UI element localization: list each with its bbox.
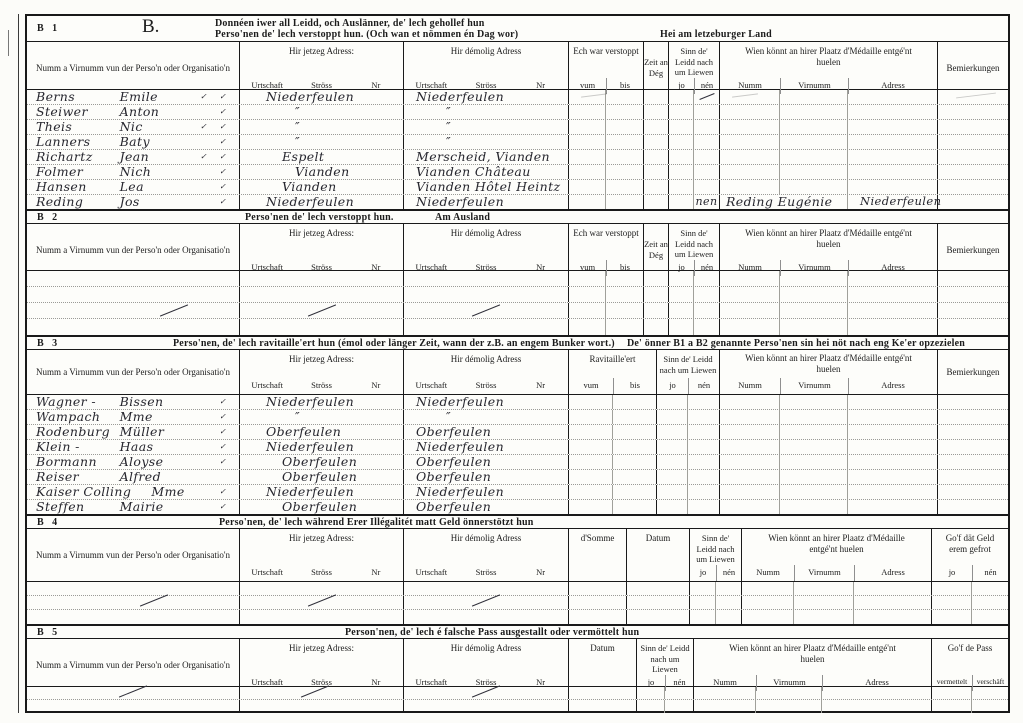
section-b3-title: B 3 Perso'nen, de' lech ravitaille'ert h… bbox=[27, 335, 1008, 350]
vum-cell bbox=[569, 90, 606, 104]
demolig-cell: Niederfeulen bbox=[404, 90, 569, 104]
demolig-cell: ″ bbox=[404, 410, 569, 424]
b1-column-headers: Numm a Virnumm vun der Perso'n oder Orga… bbox=[27, 42, 1008, 90]
name-cell: SteiwerAnton✓ bbox=[27, 105, 240, 119]
b1-col-jetzeg: Hir jetzeg Adress: Urtschaft Ströss Nr bbox=[240, 42, 404, 94]
b4-col-gof-geld: Go'f dät Geld erem gefrot jonén bbox=[932, 529, 1008, 581]
name-cell: BormannAloyse✓ bbox=[27, 455, 240, 469]
demolig-cell: Niederfeulen bbox=[404, 395, 569, 409]
b3-col-sinn: Sinn de' Leidd nach um Liewen jonén bbox=[657, 350, 720, 394]
b5-col-jetzeg: Hir jetzeg Adress: UrtschaftStrössNr bbox=[240, 639, 404, 691]
jetzeg-cell: ″ bbox=[240, 410, 404, 424]
b2-subtitle: Am Ausland bbox=[435, 212, 490, 223]
form-b-questionnaire: B 1 B. Donnéen iwer all Leidd, och Auslä… bbox=[25, 14, 1010, 713]
b3-row: SteffenMairie✓ Oberfeulen Oberfeulen bbox=[27, 500, 1008, 514]
crossed-out-cell bbox=[27, 687, 240, 699]
b1-row: TheisNic✓ ✓ ″ ″ bbox=[27, 120, 1008, 135]
demolig-cell: Vianden Château bbox=[404, 165, 569, 179]
b5-col-wien: Wien könnt an hirer Plaatz d'Médaille en… bbox=[694, 639, 932, 691]
b5-col-gof-pass: Go'f de Pass vermettelt verschäft bbox=[932, 639, 1008, 691]
b1-col-demolig: Hir démolig Adress Urtschaft Ströss Nr bbox=[404, 42, 569, 94]
b1-title-right: Hei am letzeburger Land bbox=[660, 29, 772, 40]
b4-body bbox=[27, 582, 1008, 624]
b4-col-demolig: Hir démolig Adress UrtschaftStrössNr bbox=[404, 529, 569, 581]
medaille-adress-cell: Niederfeulen bbox=[848, 195, 938, 209]
section-b1-id: B 1 bbox=[37, 23, 60, 34]
section-b1-letter: B. bbox=[142, 16, 159, 38]
b4-col-sinn: Sinn de' Leidd nach um Liewen jonén bbox=[690, 529, 742, 581]
crossed-out-slash bbox=[307, 304, 335, 316]
b3-row: WampachMme✓ ″ ″ bbox=[27, 410, 1008, 425]
jetzeg-cell: ″ bbox=[240, 135, 404, 149]
b1-col-bemierkungen: Bemierkungen bbox=[938, 42, 1008, 94]
b2-col-name: Numm a Virnumm vun der Perso'n oder Orga… bbox=[27, 224, 240, 276]
demolig-cell: Oberfeulen bbox=[404, 470, 569, 484]
bis-cell bbox=[606, 90, 644, 104]
jetzeg-cell: Vianden bbox=[240, 180, 404, 194]
b5-column-headers: Numm a Virnumm vun der Perso'n oder Orga… bbox=[27, 639, 1008, 687]
b5-row bbox=[27, 700, 1008, 713]
b2-row bbox=[27, 271, 1008, 287]
name-cell: ReiserAlfred bbox=[27, 470, 240, 484]
crossed-out-cell bbox=[240, 687, 404, 699]
b4-row bbox=[27, 582, 1008, 596]
crossed-out-slash bbox=[472, 685, 500, 697]
jetzeg-cell: ″ bbox=[240, 120, 404, 134]
check-slash bbox=[699, 93, 714, 100]
name-cell: RodenburgMüller✓ bbox=[27, 425, 240, 439]
section-b4-id: B 4 bbox=[37, 517, 60, 528]
crossed-out-slash bbox=[140, 594, 168, 606]
pencil-smudge bbox=[732, 93, 758, 97]
b3-col-name: Numm a Virnumm vun der Perso'n oder Orga… bbox=[27, 350, 240, 394]
crossed-out-cell bbox=[404, 687, 569, 699]
demolig-cell: Oberfeulen bbox=[404, 455, 569, 469]
b4-col-wien: Wien könnt an hirer Plaatz d'Médaille en… bbox=[742, 529, 932, 581]
b2-col-verstoppt: Ech war verstoppt vumbis bbox=[569, 224, 644, 276]
b5-body bbox=[27, 687, 1008, 713]
b2-title: Perso'nen de' lech verstoppt hun. bbox=[245, 212, 394, 223]
b4-title: Perso'nen, de' lech während Erer Illégal… bbox=[219, 517, 534, 528]
demolig-cell: Vianden Hôtel Heintz bbox=[404, 180, 569, 194]
name-cell: WampachMme✓ bbox=[27, 410, 240, 424]
name-cell: HansenLea✓ bbox=[27, 180, 240, 194]
b3-row: Wagner -Bissen✓ Niederfeulen Niederfeule… bbox=[27, 395, 1008, 410]
crossed-out-cell bbox=[240, 303, 404, 318]
name-cell: TheisNic✓ ✓ bbox=[27, 120, 240, 134]
b2-col-zeit: Zeit an Dég bbox=[644, 224, 669, 276]
b1-row: HansenLea✓ Vianden Vianden Hôtel Heintz bbox=[27, 180, 1008, 195]
left-margin-line bbox=[18, 14, 19, 713]
bemierkungen-cell bbox=[938, 90, 1008, 104]
demolig-cell: Merscheid, Vianden bbox=[404, 150, 569, 164]
b2-col-jetzeg: Hir jetzeg Adress: UrtschaftStrössNr bbox=[240, 224, 404, 276]
b1-row: RedingJos✓ Niederfeulen Niederfeulen nen… bbox=[27, 195, 1008, 209]
crossed-out-cell bbox=[240, 596, 404, 609]
nen-cell: nen bbox=[694, 195, 720, 209]
b3-title: Perso'nen, de' lech ravitaille'ert hun (… bbox=[173, 338, 615, 349]
demolig-cell: Niederfeulen bbox=[404, 195, 569, 209]
jetzeg-cell: Oberfeulen bbox=[240, 500, 404, 514]
crossed-out-cell bbox=[27, 596, 240, 609]
b1-row: FolmerNich✓ Vianden Vianden Château bbox=[27, 165, 1008, 180]
b4-col-name: Numm a Virnumm vun der Perso'n oder Orga… bbox=[27, 529, 240, 581]
b5-col-name: Numm a Virnumm vun der Perso'n oder Orga… bbox=[27, 639, 240, 691]
crossed-out-slash bbox=[307, 594, 335, 606]
jetzeg-cell: Niederfeulen bbox=[240, 90, 404, 104]
b1-row: LannersBaty✓ ″ ″ bbox=[27, 135, 1008, 150]
b5-col-demolig: Hir démolig Adress UrtschaftStrössNr bbox=[404, 639, 569, 691]
name-cell: Kaiser CollingMme✓ bbox=[27, 485, 240, 499]
b1-body: BernsEmile✓ ✓ Niederfeulen Niederfeulen … bbox=[27, 90, 1008, 209]
nen-cell bbox=[694, 90, 720, 104]
jetzeg-cell: ″ bbox=[240, 105, 404, 119]
b2-row bbox=[27, 287, 1008, 303]
bemierkungen-cell bbox=[938, 195, 1008, 209]
pencil-smudge bbox=[956, 93, 996, 99]
crossed-out-slash bbox=[160, 304, 188, 316]
b2-col-bemierkungen: Bemierkungen bbox=[938, 224, 1008, 276]
b3-col-ravitailleert: Ravitaille'ert vumbis bbox=[569, 350, 657, 394]
jetzeg-cell: Oberfeulen bbox=[240, 470, 404, 484]
jo-cell bbox=[669, 90, 694, 104]
medaille-numm-cell bbox=[720, 90, 780, 104]
crossed-out-slash bbox=[119, 685, 147, 697]
section-b3-id: B 3 bbox=[37, 338, 60, 349]
b1-title-line1: Donnéen iwer all Leidd, och Auslänner, d… bbox=[215, 18, 485, 29]
b1-row: RichartzJean✓ ✓ Espelt Merscheid, Viande… bbox=[27, 150, 1008, 165]
b4-col-jetzeg: Hir jetzeg Adress: UrtschaftStrössNr bbox=[240, 529, 404, 581]
name-cell: LannersBaty✓ bbox=[27, 135, 240, 149]
b3-row: Klein -Haas✓ Niederfeulen Niederfeulen bbox=[27, 440, 1008, 455]
b4-row bbox=[27, 596, 1008, 610]
b3-col-demolig: Hir démolig Adress UrtschaftStrössNr bbox=[404, 350, 569, 394]
jetzeg-cell: Oberfeulen bbox=[240, 455, 404, 469]
medaille-numm-virnumm-cell: Reding Eugénie bbox=[720, 195, 848, 209]
b4-row bbox=[27, 610, 1008, 624]
section-b5-title: B 5 Person'nen, de' lech é falsche Pass … bbox=[27, 624, 1008, 639]
pencil-smudge bbox=[581, 93, 607, 97]
b1-col-zeit: Zeit an Dég bbox=[644, 42, 669, 94]
b3-col-bemierkungen: Bemierkungen bbox=[938, 350, 1008, 394]
b2-column-headers: Numm a Virnumm vun der Perso'n oder Orga… bbox=[27, 224, 1008, 271]
crossed-out-cell bbox=[404, 303, 569, 318]
section-b4-title: B 4 Perso'nen, de' lech während Erer Ill… bbox=[27, 514, 1008, 529]
jetzeg-cell: Espelt bbox=[240, 150, 404, 164]
jetzeg-cell: Niederfeulen bbox=[240, 440, 404, 454]
crossed-out-slash bbox=[472, 594, 500, 606]
section-b1-title: B 1 B. Donnéen iwer all Leidd, och Auslä… bbox=[27, 16, 1008, 42]
b3-col-wien: Wien könnt an hirer Plaatz d'Médaille en… bbox=[720, 350, 938, 394]
name-cell: BernsEmile✓ ✓ bbox=[27, 90, 240, 104]
b3-row: ReiserAlfred Oberfeulen Oberfeulen bbox=[27, 470, 1008, 485]
b3-column-headers: Numm a Virnumm vun der Perso'n oder Orga… bbox=[27, 350, 1008, 395]
name-cell: RichartzJean✓ ✓ bbox=[27, 150, 240, 164]
section-b2-title: B 2 Perso'nen de' lech verstoppt hun. Am… bbox=[27, 209, 1008, 224]
jetzeg-cell: Niederfeulen bbox=[240, 395, 404, 409]
b2-col-sinn: Sinn de' Leidd nach um Liewen jonén bbox=[669, 224, 720, 276]
section-b2-id: B 2 bbox=[37, 212, 60, 223]
scanned-form-sheet: B 1 B. Donnéen iwer all Leidd, och Auslä… bbox=[0, 0, 1023, 723]
b3-col-jetzeg: Hir jetzeg Adress: UrtschaftStrössNr bbox=[240, 350, 404, 394]
b2-col-wien: Wien könnt an hirer Plaatz d'Médaille en… bbox=[720, 224, 938, 276]
b3-body: Wagner -Bissen✓ Niederfeulen Niederfeule… bbox=[27, 395, 1008, 514]
demolig-cell: ″ bbox=[404, 120, 569, 134]
name-cell: Wagner -Bissen✓ bbox=[27, 395, 240, 409]
demolig-cell: Oberfeulen bbox=[404, 500, 569, 514]
demolig-cell: Oberfeulen bbox=[404, 425, 569, 439]
demolig-cell: ″ bbox=[404, 135, 569, 149]
b3-row: BormannAloyse✓ Oberfeulen Oberfeulen bbox=[27, 455, 1008, 470]
name-cell: FolmerNich✓ bbox=[27, 165, 240, 179]
b1-row: SteiwerAnton✓ ″ ″ bbox=[27, 105, 1008, 120]
b1-row: BernsEmile✓ ✓ Niederfeulen Niederfeulen bbox=[27, 90, 1008, 105]
left-margin-tick bbox=[8, 30, 9, 56]
crossed-out-slash bbox=[472, 304, 500, 316]
b4-column-headers: Numm a Virnumm vun der Perso'n oder Orga… bbox=[27, 529, 1008, 582]
b1-col-sinn: Sinn de' Leidd nach um Liewen jo nén bbox=[669, 42, 720, 94]
b3-row: Kaiser CollingMme✓ Niederfeulen Niederfe… bbox=[27, 485, 1008, 500]
b2-row bbox=[27, 319, 1008, 335]
b2-body bbox=[27, 271, 1008, 335]
jetzeg-cell: Oberfeulen bbox=[240, 425, 404, 439]
b1-col-verstoppt: Ech war verstoppt vum bis bbox=[569, 42, 644, 94]
b3-row: RodenburgMüller✓ Oberfeulen Oberfeulen bbox=[27, 425, 1008, 440]
medaille-virnumm-cell bbox=[780, 90, 848, 104]
demolig-cell: Niederfeulen bbox=[404, 440, 569, 454]
b1-col-wien: Wien könnt an hirer Plaatz d'Médaille en… bbox=[720, 42, 938, 94]
b3-title2: De' önner B1 a B2 genannte Perso'nen sin… bbox=[627, 338, 965, 349]
b2-col-demolig: Hir démolig Adress UrtschaftStrössNr bbox=[404, 224, 569, 276]
name-cell: SteffenMairie✓ bbox=[27, 500, 240, 514]
b5-title: Person'nen, de' lech é falsche Pass ausg… bbox=[345, 627, 639, 638]
name-cell: Klein -Haas✓ bbox=[27, 440, 240, 454]
crossed-out-cell bbox=[404, 596, 569, 609]
b1-title-line2: Perso'nen de' lech verstoppt hun. (Och w… bbox=[215, 29, 518, 40]
b4-col-dsomme: d'Somme bbox=[569, 529, 627, 581]
crossed-out-slash bbox=[301, 685, 329, 697]
demolig-cell: Niederfeulen bbox=[404, 485, 569, 499]
jetzeg-cell: Niederfeulen bbox=[240, 485, 404, 499]
medaille-adress-cell bbox=[848, 90, 938, 104]
b5-col-sinn: Sinn de' Leidd nach um Liewen jonén bbox=[637, 639, 694, 691]
demolig-cell: ″ bbox=[404, 105, 569, 119]
name-cell: RedingJos✓ bbox=[27, 195, 240, 209]
b1-col-name: Numm a Virnumm vun der Perso'n oder Orga… bbox=[27, 42, 240, 94]
b2-row bbox=[27, 303, 1008, 319]
b5-col-datum: Datum bbox=[569, 639, 637, 691]
b4-col-datum: Datum bbox=[627, 529, 690, 581]
jetzeg-cell: Niederfeulen bbox=[240, 195, 404, 209]
jetzeg-cell: Vianden bbox=[240, 165, 404, 179]
crossed-out-cell bbox=[27, 303, 240, 318]
section-b5-id: B 5 bbox=[37, 627, 60, 638]
b5-row bbox=[27, 687, 1008, 700]
zeit-cell bbox=[644, 90, 669, 104]
